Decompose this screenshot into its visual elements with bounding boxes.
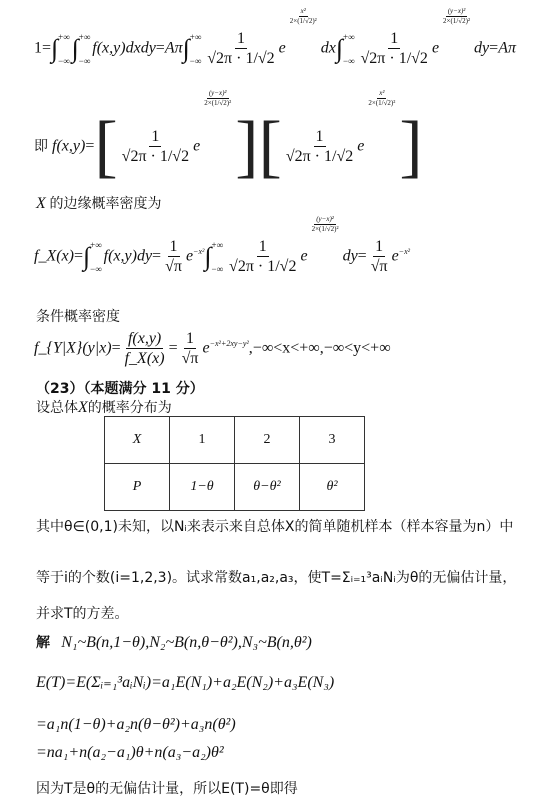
- equation-marginal-density: f_X(x)=∫+∞−∞f(x,y)dy=1√πe−x²∫+∞−∞1√2π · …: [34, 238, 410, 276]
- bracket-left: [: [259, 108, 282, 185]
- frac-den: √2π · 1/√2: [120, 147, 191, 166]
- eq4-domain: ,−∞<x<+∞,−∞<y<+∞: [249, 340, 391, 357]
- eq4-lhs: f_{Y|X}(y|x): [34, 340, 112, 357]
- integral-sign: ∫: [183, 34, 190, 63]
- prefix-ji: 即: [34, 139, 48, 155]
- bracket-right: ]: [235, 108, 258, 185]
- table-cell: θ−θ²: [235, 464, 300, 511]
- equation-normalization: 1=∫+∞−∞∫+∞−∞f(x,y)dxdy=Aπ∫+∞−∞1√2π · 1/√…: [34, 30, 516, 68]
- integral-limits: +∞−∞: [343, 32, 355, 66]
- intro-suffix: 的概率分布为: [88, 400, 172, 416]
- problem-paragraph-2: 等于i的个数(i=1,2,3)。试求常数a₁,a₂,a₃，使T=Σᵢ₌₁³aᵢN…: [36, 567, 516, 587]
- frac-num: 1: [149, 128, 161, 147]
- table-cell: 1: [170, 417, 235, 464]
- exp-den: 2×(1/√2)²: [310, 225, 341, 233]
- upper-limit: +∞: [212, 240, 224, 250]
- integral-limits: +∞−∞: [212, 240, 224, 274]
- coef-fraction: 1√π: [180, 330, 201, 368]
- lower-limit: −∞: [90, 264, 102, 274]
- coef-fraction: 1√2π · 1/√2: [284, 128, 355, 166]
- table-row: P 1−θ θ−θ² θ²: [105, 464, 365, 511]
- eq1-lhs: 1: [34, 40, 42, 57]
- integral-limits: +∞−∞: [79, 32, 91, 66]
- lower-limit: −∞: [190, 56, 202, 66]
- coef-fraction: 1√2π · 1/√2: [359, 30, 430, 68]
- exponent: x²2×(1/√2)²: [286, 8, 321, 25]
- exp-num: x²: [377, 90, 386, 99]
- problem-title: （23）（本题满分 11 分）: [36, 378, 204, 398]
- upper-limit: +∞: [90, 240, 102, 250]
- upper-limit: +∞: [58, 32, 70, 42]
- eq2-lhs: f(x,y): [52, 138, 85, 155]
- frac-den: √2π · 1/√2: [359, 49, 430, 68]
- table-cell: 2: [235, 417, 300, 464]
- exp-den: 2×(1/√2)²: [202, 99, 233, 107]
- problem-paragraph-3: 并求T的方差。: [36, 603, 129, 623]
- solution-line-4: =na₁+n(a₂−a₁)θ+n(a₃−a₂)θ²: [36, 744, 224, 762]
- diff-dy: dy: [474, 40, 489, 57]
- frac-num: 1: [314, 128, 326, 147]
- frac-num: f(x,y): [126, 330, 163, 349]
- problem-paragraph-1: 其中θ∈(0,1)未知，以Nᵢ来表示来自总体X的简单随机样本（样本容量为n）中: [36, 516, 513, 536]
- table-row: X 1 2 3: [105, 417, 365, 464]
- bracket-right: ]: [399, 108, 422, 185]
- conditional-heading: 条件概率密度: [36, 306, 120, 326]
- integral-sign: ∫: [51, 34, 58, 63]
- frac-den: √2π · 1/√2: [205, 49, 276, 68]
- marginal-heading: X 的边缘概率密度为: [36, 193, 162, 213]
- table-cell: 3: [300, 417, 365, 464]
- exp-num: (y−x)²: [446, 8, 468, 17]
- integral-limits: +∞−∞: [90, 240, 102, 274]
- coef-fraction: 1√π: [369, 238, 390, 276]
- frac-num: 1: [388, 30, 400, 49]
- solution-distributions: N₁~B(n,1−θ),N₂~B(n,θ−θ²),N₃~B(n,θ²): [61, 634, 312, 651]
- exponent: −x²: [193, 247, 204, 256]
- eq1-integrand: f(x,y)dxdy: [92, 40, 156, 57]
- marginal-heading-text: 的边缘概率密度为: [50, 196, 162, 212]
- table-cell: 1−θ: [170, 464, 235, 511]
- solution-label: 解: [36, 635, 50, 651]
- frac-den: f_X(x): [123, 349, 167, 368]
- frac-num: 1: [257, 238, 269, 257]
- problem-intro: 设总体X的概率分布为: [36, 397, 172, 417]
- upper-limit: +∞: [190, 32, 202, 42]
- exp-den: 2×(1/√2)²: [441, 17, 472, 25]
- eq1-result: Aπ: [498, 40, 516, 57]
- integral-sign: ∫: [72, 34, 79, 63]
- coef-fraction: 1√π: [163, 238, 184, 276]
- exponent: −x²: [399, 247, 410, 256]
- frac-num: 1: [235, 30, 247, 49]
- upper-limit: +∞: [343, 32, 355, 42]
- table-cell: P: [105, 464, 170, 511]
- eq1-factor: Aπ: [165, 40, 183, 57]
- lower-limit: −∞: [212, 264, 224, 274]
- solution-line-1: 解 N₁~B(n,1−θ),N₂~B(n,θ−θ²),N₃~B(n,θ²): [36, 632, 312, 652]
- frac-den: √2π · 1/√2: [227, 257, 298, 276]
- exp-num: x²: [299, 8, 308, 17]
- lower-limit: −∞: [58, 56, 70, 66]
- exp-den: 2×(1/√2)²: [366, 99, 397, 107]
- integral-limits: +∞−∞: [58, 32, 70, 66]
- table-cell: θ²: [300, 464, 365, 511]
- exponent: (y−x)²2×(1/√2)²: [308, 216, 343, 233]
- exponent: x²2×(1/√2)²: [364, 90, 399, 107]
- eq3-lhs: f_X(x): [34, 248, 74, 265]
- coef-fraction: 1√2π · 1/√2: [120, 128, 191, 166]
- upper-limit: +∞: [79, 32, 91, 42]
- solution-line-2: E(T)=E(Σᵢ₌₁³aᵢNᵢ)=a₁E(N₁)+a₂E(N₂)+a₃E(N₃…: [36, 672, 334, 692]
- diff-dx: dx: [321, 40, 336, 57]
- coef-fraction: 1√2π · 1/√2: [205, 30, 276, 68]
- exp-den: 2×(1/√2)²: [288, 17, 319, 25]
- lower-limit: −∞: [79, 56, 91, 66]
- bracket-left: [: [94, 108, 117, 185]
- exponent: −x²+2xy−y²: [210, 339, 249, 348]
- solution-line-5: 因为T是θ的无偏估计量，所以E(T)=θ即得: [36, 778, 298, 798]
- eq1-eq: =: [42, 40, 51, 57]
- intro-prefix: 设总体: [36, 400, 78, 416]
- exponent: (y−x)²2×(1/√2)²: [439, 8, 474, 25]
- integral-limits: +∞−∞: [190, 32, 202, 66]
- exp-num: (y−x)²: [207, 90, 229, 99]
- integral-sign: ∫: [204, 242, 211, 271]
- equation-joint-density: 即 f(x,y)=[1√2π · 1/√2e(y−x)²2×(1/√2)²][1…: [34, 112, 423, 182]
- var-x: X: [78, 399, 88, 416]
- var-x: X: [36, 195, 46, 212]
- lower-limit: −∞: [343, 56, 355, 66]
- solution-line-3: =a₁n(1−θ)+a₂n(θ−θ²)+a₃n(θ²): [36, 716, 236, 734]
- table-cell: X: [105, 417, 170, 464]
- exponent: (y−x)²2×(1/√2)²: [200, 90, 235, 107]
- equation-conditional-density: f_{Y|X}(y|x)=f(x,y)f_X(x)=1√πe−x²+2xy−y²…: [34, 330, 391, 368]
- diff-dy: dy: [343, 248, 358, 265]
- integral-sign: ∫: [336, 34, 343, 63]
- integral-sign: ∫: [83, 242, 90, 271]
- coef-fraction: 1√2π · 1/√2: [227, 238, 298, 276]
- exp-num: (y−x)²: [314, 216, 336, 225]
- distribution-table: X 1 2 3 P 1−θ θ−θ² θ²: [104, 416, 365, 511]
- ratio-fraction: f(x,y)f_X(x): [123, 330, 167, 368]
- frac-den: √2π · 1/√2: [284, 147, 355, 166]
